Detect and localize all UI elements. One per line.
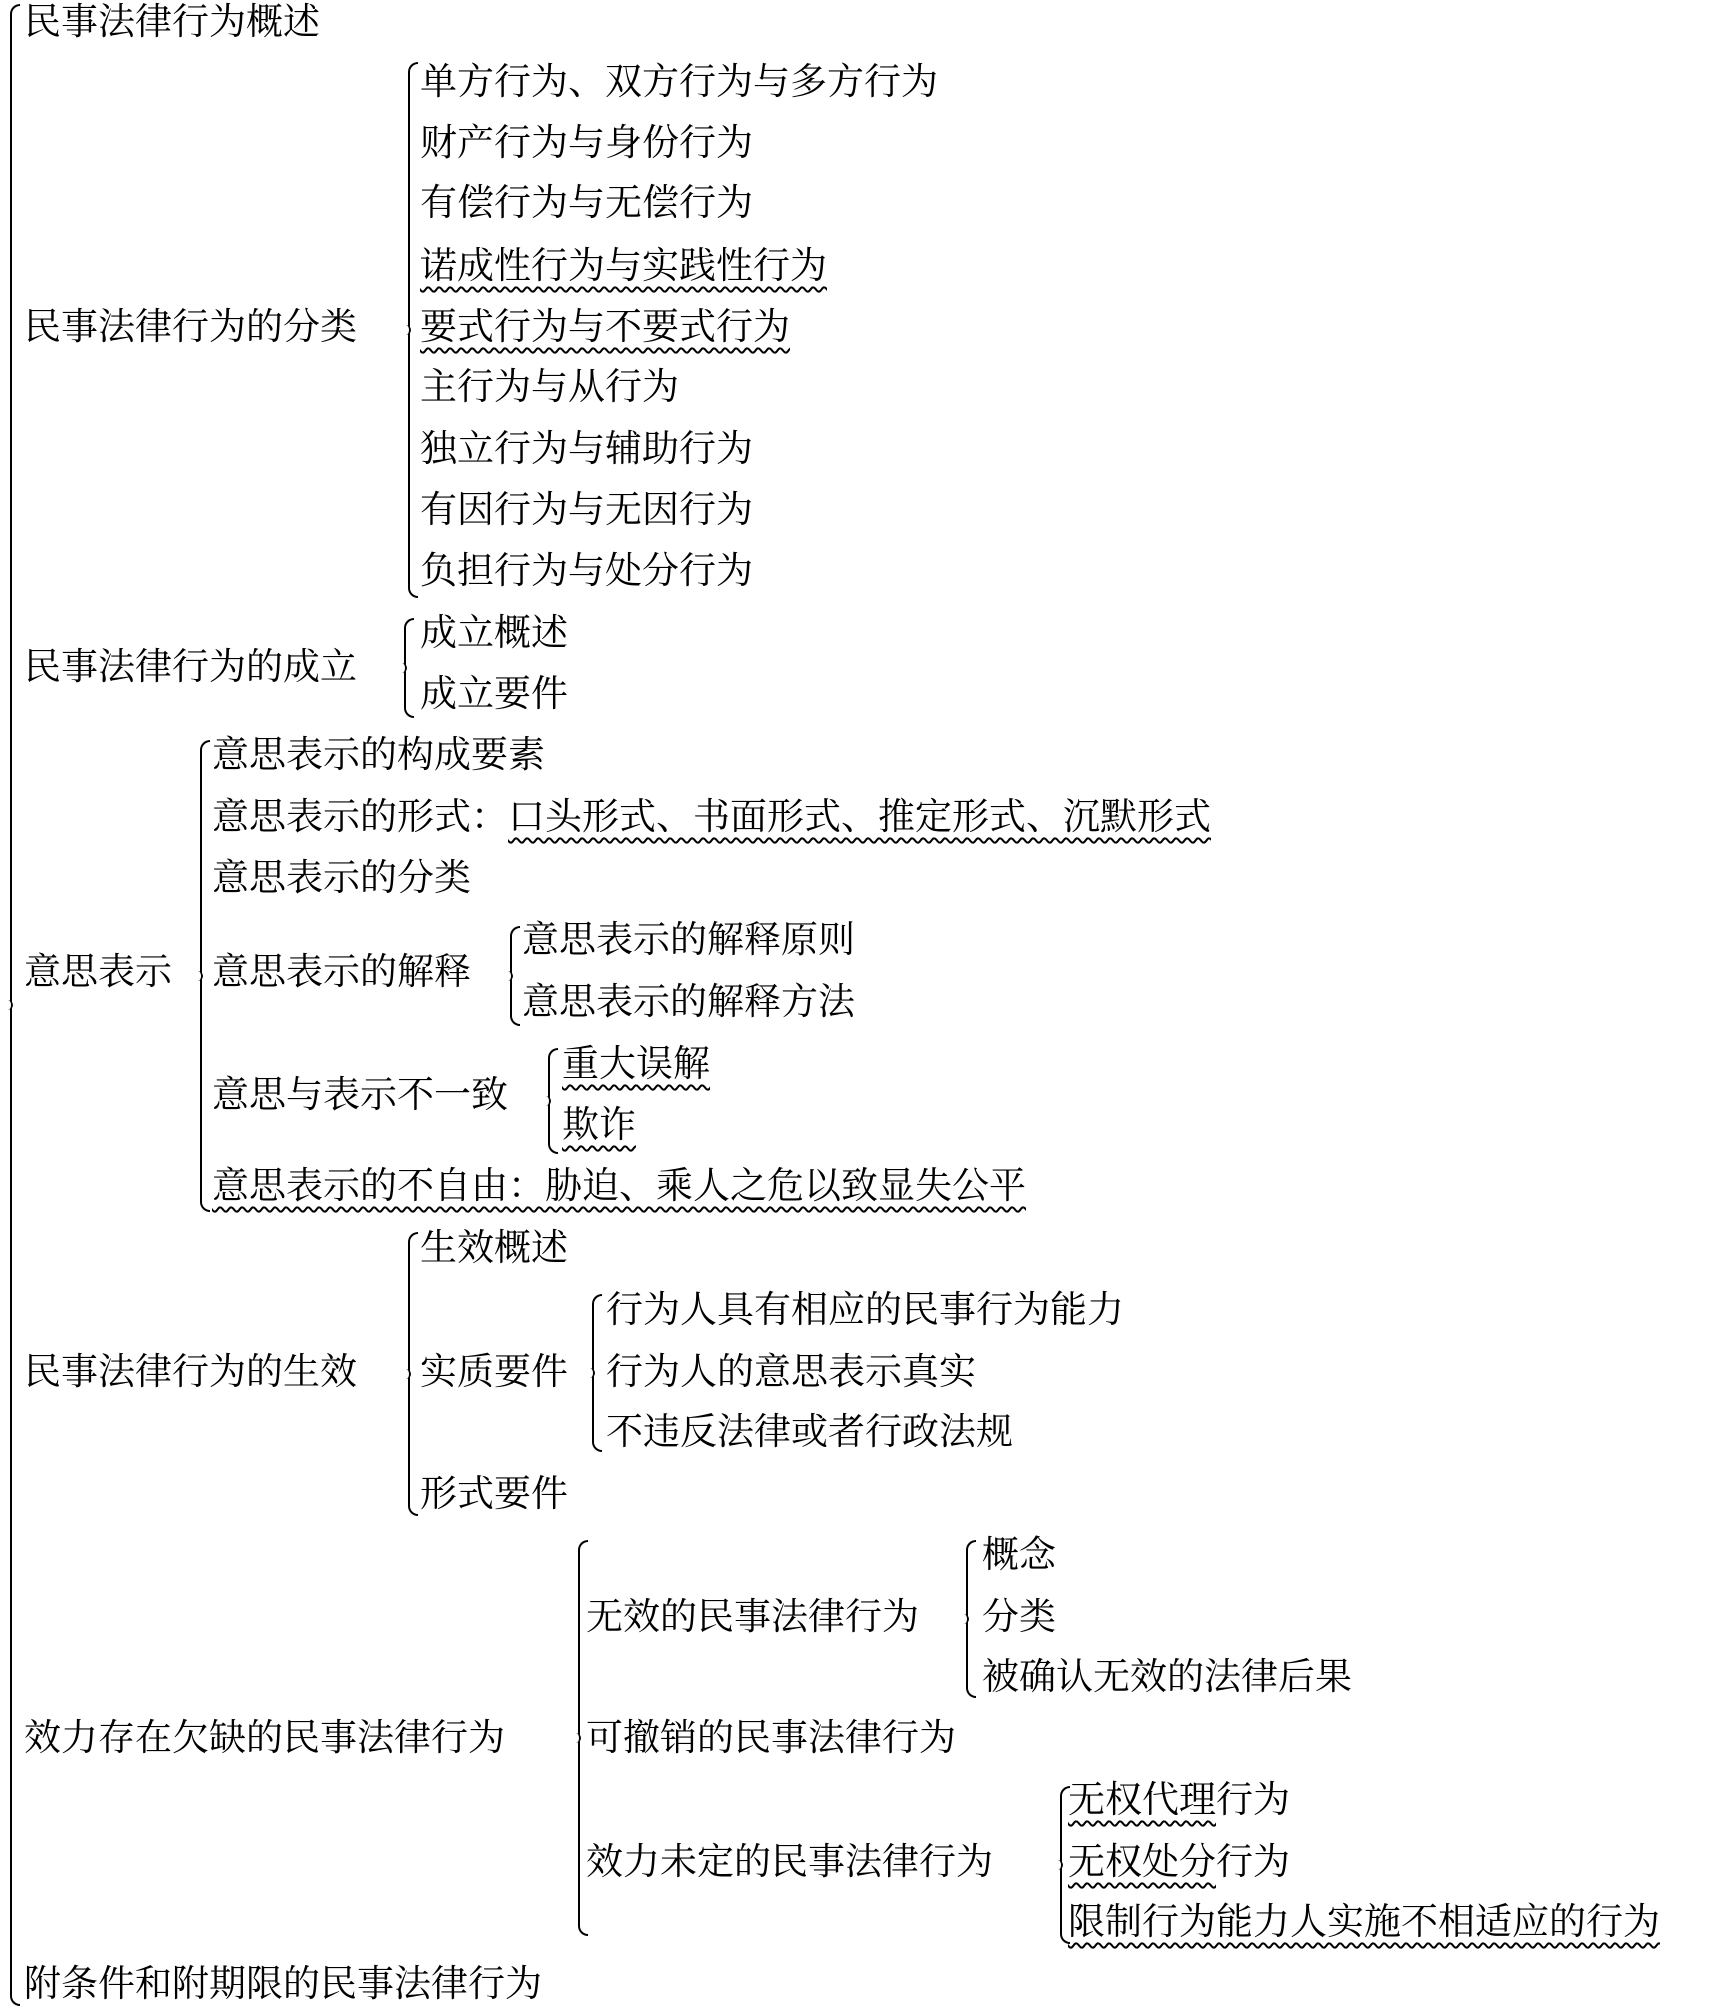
- decl-item: 意思表示的构成要素: [212, 733, 545, 777]
- decl-inconsistency: 意思与表示不一致: [212, 1073, 508, 1117]
- node-classification: 民事法律行为的分类: [24, 305, 357, 349]
- formation-item: 成立要件: [420, 672, 568, 716]
- pending-item-rest: 行为: [1216, 1840, 1290, 1883]
- inconsistency-brace: [548, 1048, 558, 1154]
- pending-item: 无权代理行为: [1068, 1778, 1290, 1822]
- pending-item-emph: 无权代理: [1068, 1778, 1216, 1821]
- substantive-brace: [592, 1294, 602, 1452]
- inconsistency-item: 欺诈: [562, 1103, 636, 1147]
- interpretation-brace: [510, 926, 520, 1026]
- effect-substantive: 实质要件: [420, 1350, 568, 1394]
- substantive-item: 行为人具有相应的民事行为能力: [606, 1288, 1124, 1332]
- node-defective: 效力存在欠缺的民事法律行为: [24, 1716, 505, 1760]
- node-conditional: 附条件和附期限的民事法律行为: [24, 1962, 542, 2006]
- class-item: 独立行为与辅助行为: [420, 427, 753, 471]
- defective-voidable: 可撤销的民事法律行为: [586, 1716, 956, 1760]
- class-item: 负担行为与处分行为: [420, 549, 753, 593]
- effect-item: 生效概述: [420, 1226, 568, 1270]
- defective-pending: 效力未定的民事法律行为: [586, 1840, 993, 1884]
- decl-interpretation: 意思表示的解释: [212, 950, 471, 994]
- pending-item-emph: 无权处分: [1068, 1840, 1216, 1883]
- pending-item-rest: 行为: [1216, 1778, 1290, 1821]
- void-item: 分类: [982, 1595, 1056, 1639]
- effectiveness-brace: [408, 1232, 418, 1516]
- effect-item: 形式要件: [420, 1472, 568, 1516]
- class-item-emphasized: 要式行为与不要式行为: [420, 305, 790, 349]
- formation-item: 成立概述: [420, 611, 568, 655]
- decl-form-values: 口头形式、书面形式、推定形式、沉默形式: [508, 795, 1211, 838]
- node-formation: 民事法律行为的成立: [24, 645, 357, 689]
- inconsistency-item: 重大误解: [562, 1042, 710, 1086]
- class-item: 单方行为、双方行为与多方行为: [420, 60, 938, 104]
- classification-brace: [408, 62, 418, 598]
- void-item: 概念: [982, 1533, 1056, 1577]
- node-effectiveness: 民事法律行为的生效: [24, 1350, 357, 1394]
- class-item: 有偿行为与无偿行为: [420, 181, 753, 225]
- pending-item: 无权处分行为: [1068, 1840, 1290, 1884]
- void-brace: [966, 1540, 976, 1698]
- interp-item: 意思表示的解释方法: [522, 980, 855, 1024]
- class-item-emphasized: 诺成性行为与实践性行为: [420, 244, 827, 288]
- class-item: 财产行为与身份行为: [420, 121, 753, 165]
- node-declaration: 意思表示: [24, 950, 172, 994]
- decl-item: 意思表示的分类: [212, 856, 471, 900]
- root-brace: [10, 4, 20, 2006]
- decl-form-label: 意思表示的形式：: [212, 795, 508, 838]
- class-item: 有因行为与无因行为: [420, 488, 753, 532]
- declaration-brace: [200, 740, 210, 1212]
- defective-void: 无效的民事法律行为: [586, 1595, 919, 1639]
- node-overview: 民事法律行为概述: [24, 0, 320, 44]
- substantive-item: 行为人的意思表示真实: [606, 1350, 976, 1394]
- decl-item-unfree: 意思表示的不自由：胁迫、乘人之危以致显失公平: [212, 1164, 1026, 1208]
- void-item: 被确认无效的法律后果: [982, 1655, 1352, 1699]
- substantive-item: 不违反法律或者行政法规: [606, 1410, 1013, 1454]
- interp-item: 意思表示的解释原则: [522, 918, 855, 962]
- decl-item-form: 意思表示的形式：口头形式、书面形式、推定形式、沉默形式: [212, 795, 1211, 839]
- formation-brace: [404, 618, 414, 718]
- pending-item: 限制行为能力人实施不相适应的行为: [1068, 1900, 1660, 1944]
- class-item: 主行为与从行为: [420, 365, 679, 409]
